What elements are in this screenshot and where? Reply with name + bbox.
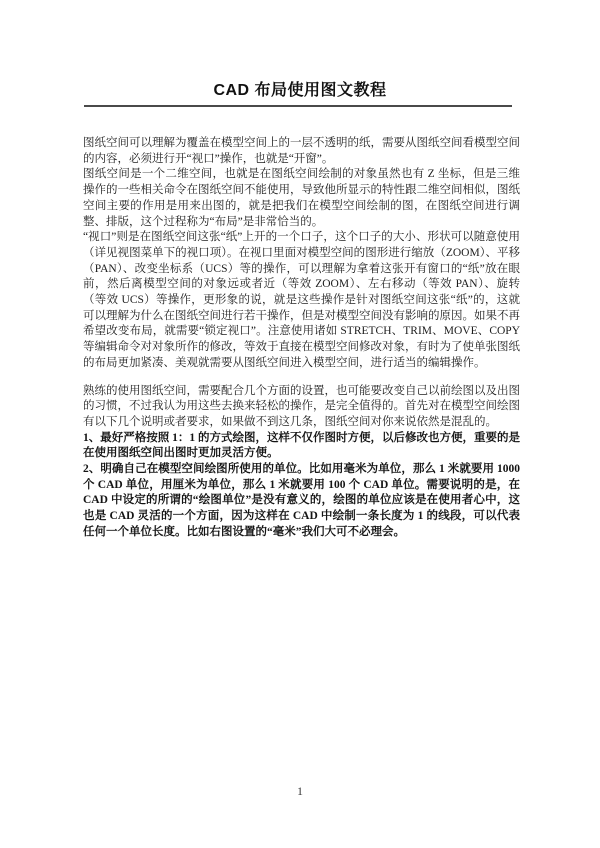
paragraph-rule-1-draw-1-to-1: 1、最好严格按照 1：1 的方式绘图，这样不仅作图时方便，以后修改也方便，重要的… <box>83 431 520 462</box>
paragraph-paper-space-2d: 图纸空间是一个二维空间，也就是在图纸空间绘制的对象虽然也有 Z 坐标，但是三维操… <box>83 167 520 230</box>
paragraph-rule-2-drawing-units: 2、明确自己在模型空间绘图所使用的单位。比如用毫米为单位，那么 1 米就要用 1… <box>83 462 520 541</box>
page-number: 1 <box>0 784 600 799</box>
title-underline-rule <box>84 105 512 107</box>
document-page: CAD 布局使用图文教程 图纸空间可以理解为覆盖在模型空间上的一层不透明的纸，需… <box>0 0 600 848</box>
paragraph-usage-requirements-intro: 熟练的使用图纸空间，需要配合几个方面的设置，也可能要改变自己以前绘图以及出图的习… <box>83 384 520 431</box>
paragraph-viewport-explanation: “视口”则是在图纸空间这张“纸”上开的一个口子，这个口子的大小、形状可以随意使用… <box>83 230 520 371</box>
document-body: 图纸空间可以理解为覆盖在模型空间上的一层不透明的纸，需要从图纸空间看模型空间的内… <box>83 136 520 541</box>
page-title: CAD 布局使用图文教程 <box>0 77 600 100</box>
paragraph-paper-space-intro: 图纸空间可以理解为覆盖在模型空间上的一层不透明的纸，需要从图纸空间看模型空间的内… <box>83 136 520 167</box>
